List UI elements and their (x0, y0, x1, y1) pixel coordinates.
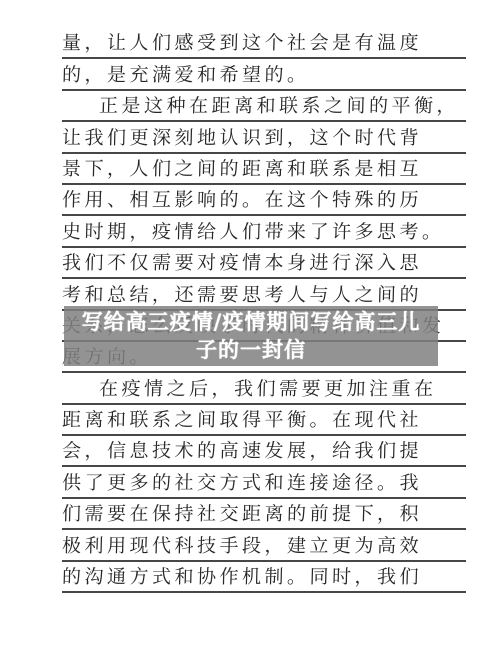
handwritten-text: 的，是充满爱和希望的。 (62, 62, 467, 89)
handwritten-text: 让我们更深刻地认识到，这个时代背 (62, 125, 467, 152)
handwritten-text: 量，让人们感受到这个社会是有温度 (62, 30, 467, 57)
handwritten-text: 作用、相互影响的。在这个特殊的历 (62, 187, 467, 214)
ruled-text-line: 会，信息技术的高速发展，给我们提 (62, 436, 466, 467)
ruled-text-line: 景下，人们之间的距离和联系是相互 (62, 154, 466, 185)
ruled-text-line: 供了更多的社交方式和连接途径。我 (62, 467, 466, 498)
handwritten-text: 极利用现代科技手段，建立更为高效 (62, 533, 467, 560)
ruled-text-line: 我们不仅需要对疫情本身进行深入思 (62, 248, 466, 279)
ruled-text-line: 量，让人们感受到这个社会是有温度 (62, 28, 466, 59)
ruled-text-line: 作用、相互影响的。在这个特殊的历 (62, 185, 466, 216)
handwritten-text: 会，信息技术的高速发展，给我们提 (62, 438, 467, 465)
ruled-text-line: 们需要在保持社交距离的前提下，积 (62, 499, 466, 530)
title-watermark-banner: 写给高三疫情/疫情期间写给高三儿 子的一封信 (64, 306, 438, 366)
handwritten-text: 景下，人们之间的距离和联系是相互 (62, 156, 467, 183)
watermark-title-line-2: 子的一封信 (196, 336, 306, 364)
ruled-text-line: 史时期，疫情给人们带来了许多思考。 (62, 216, 466, 247)
ruled-text-line: 的，是充满爱和希望的。 (62, 59, 466, 90)
handwritten-text: 史时期，疫情给人们带来了许多思考。 (62, 219, 467, 246)
handwritten-text: 供了更多的社交方式和连接途径。我 (62, 470, 467, 497)
ruled-text-line: 正是这种在距离和联系之间的平衡， (62, 91, 466, 122)
handwritten-text: 距离和联系之间取得平衡。在现代社 (62, 407, 467, 434)
handwritten-text: 的沟通方式和协作机制。同时，我们 (62, 564, 467, 591)
handwritten-text: 我们不仅需要对疫情本身进行深入思 (62, 250, 467, 277)
handwritten-text: 在疫情之后，我们需要更加注重在 (62, 376, 467, 403)
ruled-text-line: 距离和联系之间取得平衡。在现代社 (62, 405, 466, 436)
handwritten-text: 们需要在保持社交距离的前提下，积 (62, 501, 467, 528)
handwritten-letter-page: 量，让人们感受到这个社会是有温度 的，是充满爱和希望的。 正是这种在距离和联系之… (0, 0, 500, 666)
handwritten-text: 正是这种在距离和联系之间的平衡， (62, 93, 467, 120)
ruled-text-line: 极利用现代科技手段，建立更为高效 (62, 530, 466, 561)
handwritten-text: 考和总结，还需要思考人与人之间的 (62, 282, 467, 309)
watermark-title-line-1: 写给高三疫情/疫情期间写给高三儿 (82, 308, 421, 336)
ruled-text-line: 在疫情之后，我们需要更加注重在 (62, 373, 466, 404)
ruled-text-line: 的沟通方式和协作机制。同时，我们 (62, 562, 466, 593)
ruled-text-line: 让我们更深刻地认识到，这个时代背 (62, 122, 466, 153)
